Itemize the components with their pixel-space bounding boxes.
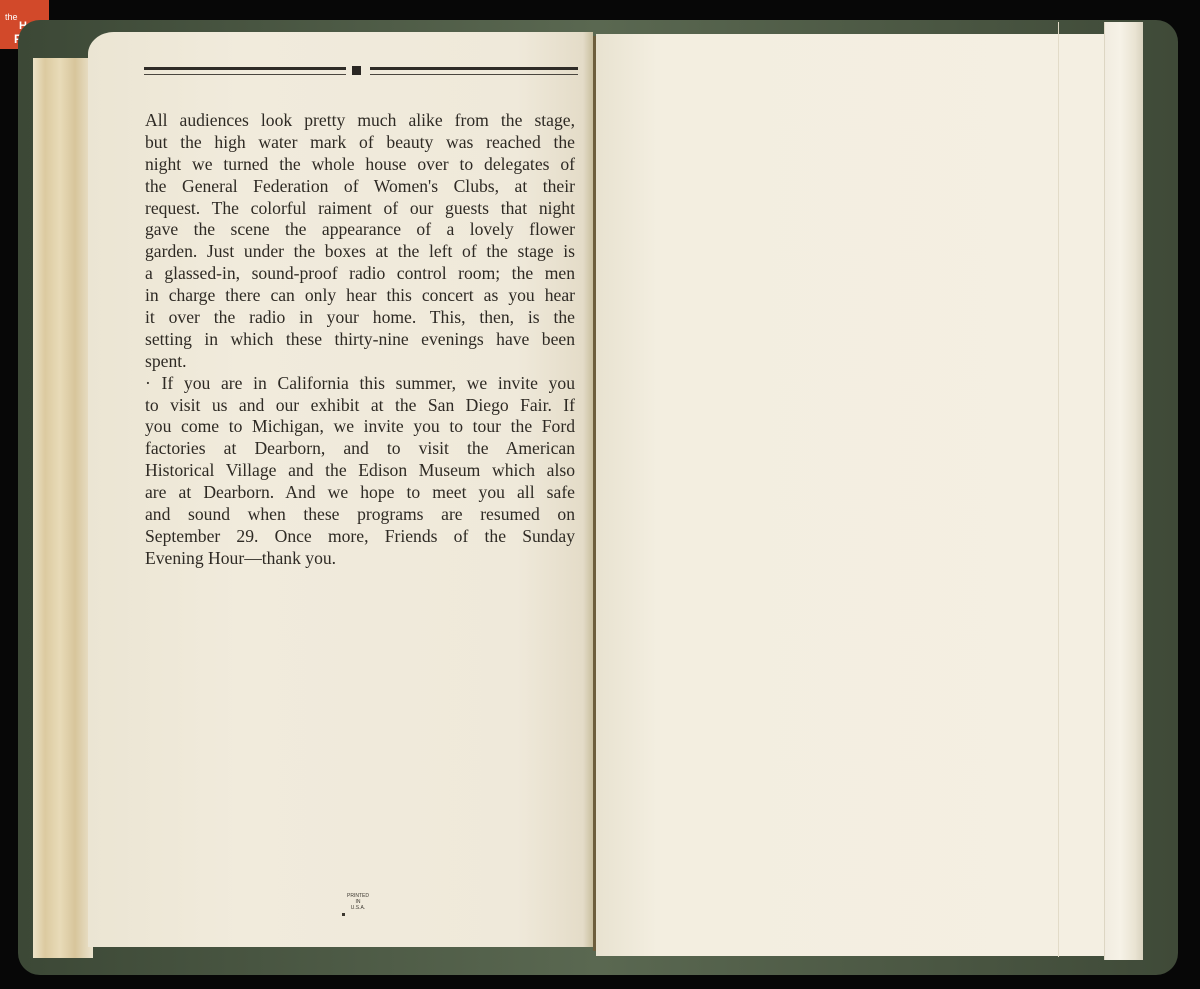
book-gutter [593,36,596,951]
text-line: night we turned the whole house over to … [145,154,575,176]
text-line: setting in which these thirty-nine eveni… [145,329,575,351]
text-line: are at Dearborn. And we hope to meet you… [145,482,575,504]
imprint-line: U.S.A. [338,905,378,911]
ornament-thin-left [144,74,346,75]
text-line: you come to Michigan, we invite you to t… [145,416,575,438]
imprint-dot-icon [342,913,345,916]
right-page [596,34,1104,956]
text-line: spent. [145,351,575,373]
text-line: request. The colorful raiment of our gue… [145,198,575,220]
text-line: a glassed-in, sound-proof radio control … [145,263,575,285]
text-line: it over the radio in your home. This, th… [145,307,575,329]
text-line: All audiences look pretty much alike fro… [145,110,575,132]
text-line: · If you are in California this summer, … [145,373,575,395]
left-page-edges [33,58,93,958]
ornament-thin-right [370,74,578,75]
body-text: All audiences look pretty much alike fro… [145,110,575,570]
text-line: to visit us and our exhibit at the San D… [145,395,575,417]
logo-the: the [5,13,18,22]
text-line: gave the scene the appearance of a lovel… [145,219,575,241]
ornament-bar-left [144,67,346,70]
text-line: in charge there can only hear this conce… [145,285,575,307]
text-line: September 29. Once more, Friends of the … [145,526,575,548]
text-line: the General Federation of Women's Clubs,… [145,176,575,198]
text-line: and sound when these programs are resume… [145,504,575,526]
ornament-bar-right [370,67,578,70]
text-line: Evening Hour—thank you. [145,548,575,570]
text-line: garden. Just under the boxes at the left… [145,241,575,263]
right-page-edges [1104,22,1143,960]
text-line: factories at Dearborn, and to visit the … [145,438,575,460]
header-ornament-rule [144,64,578,78]
text-line: Historical Village and the Edison Museum… [145,460,575,482]
text-line: but the high water mark of beauty was re… [145,132,575,154]
ornament-square-icon [352,66,361,75]
right-page-fold-line [1058,22,1059,957]
printed-in-usa-imprint: PRINTED IN U.S.A. [338,893,378,916]
